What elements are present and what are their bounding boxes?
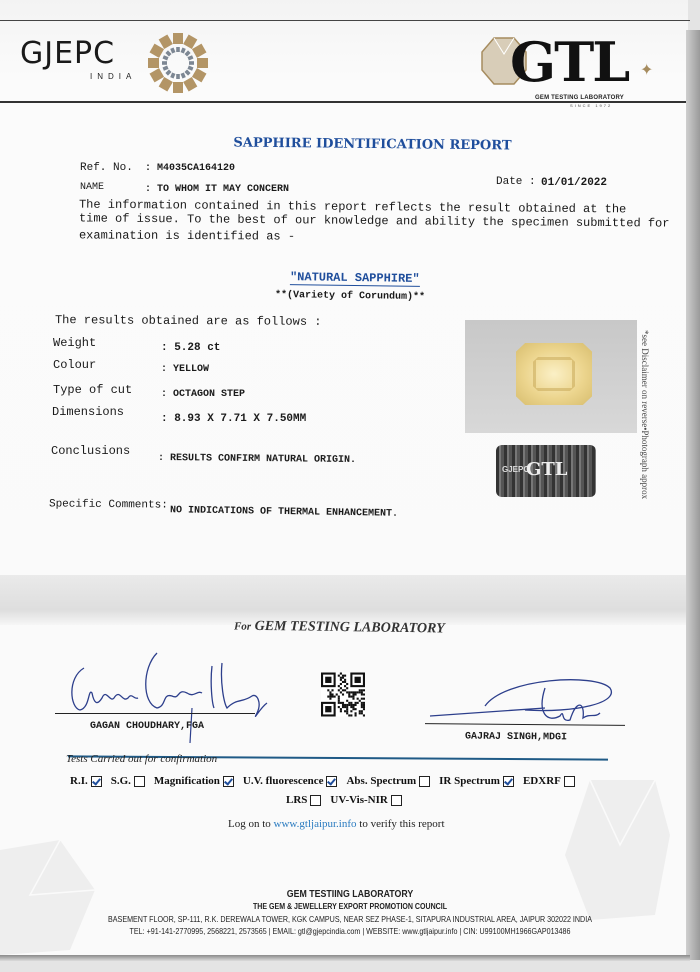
gjepc-wordmark: GJEPC	[20, 36, 115, 71]
qr-code-icon[interactable]	[321, 672, 365, 717]
test-checkbox[interactable]	[419, 776, 430, 787]
date-value: 01/01/2022	[541, 177, 607, 189]
test-checkbox[interactable]	[391, 795, 402, 806]
name-value: : TO WHOM IT MAY CONCERN	[145, 184, 289, 195]
name-label: NAME	[80, 182, 104, 193]
footer-address: BASEMENT FLOOR, SP-111, R.K. DEREWALA TO…	[56, 914, 644, 924]
test-label: Abs. Spectrum	[346, 775, 416, 787]
test-label: U.V. fluorescence	[243, 775, 324, 787]
gjepc-subtitle: INDIA	[90, 72, 136, 81]
test-checkbox[interactable]	[134, 776, 145, 787]
identification-result: "NATURAL SAPPHIRE"	[290, 270, 420, 287]
test-checkbox[interactable]	[310, 795, 321, 806]
for-gem-testing-laboratory: For GEM TESTING LABORATORY	[234, 619, 445, 638]
hologram-gtl-text: GTL	[526, 459, 567, 480]
test-label: Magnification	[154, 775, 220, 787]
test-label: LRS	[286, 794, 307, 806]
gemstone-photo	[465, 320, 637, 433]
test-label: UV-Vis-NIR	[330, 794, 387, 806]
gjepc-logo: GJEPC INDIA	[20, 36, 115, 71]
tests-row-1: R.I.S.G.MagnificationU.V. fluorescenceAb…	[70, 775, 584, 787]
result-value-dimensions: : 8.93 X 7.71 X 7.50MM	[161, 413, 306, 425]
top-rule	[0, 20, 690, 21]
signature-line-left	[55, 713, 255, 714]
paper-bottom-edge	[0, 955, 690, 961]
photo-disclaimer: *see Disclaimer on reverse•Photograph ap…	[640, 330, 650, 499]
verify-suffix: to verify this report	[359, 818, 444, 830]
footer-org: GEM TESTIING LABORATORY	[42, 889, 658, 900]
result-label-weight: Weight	[53, 336, 96, 350]
stone-facet	[533, 357, 575, 391]
gjepc-sunburst-icon	[147, 32, 209, 94]
result-label-colour: Colour	[53, 358, 96, 372]
verify-note: Log on to www.gtljaipur.info to verify t…	[228, 818, 445, 830]
result-value-weight: : 5.28 ct	[161, 342, 220, 354]
sparkle-icon: ✦	[640, 60, 653, 80]
result-value-cut: : OCTAGON STEP	[161, 389, 245, 400]
result-label-cut: Type of cut	[53, 383, 132, 397]
comments-value: NO INDICATIONS OF THERMAL ENHANCEMENT.	[170, 505, 398, 520]
paper-edge	[686, 30, 700, 960]
test-checkbox[interactable]	[91, 776, 102, 787]
test-label: IR Spectrum	[439, 775, 500, 787]
comments-label: Specific Comments:	[49, 498, 168, 511]
conclusions-label: Conclusions	[51, 444, 130, 458]
result-value-colour: : YELLOW	[161, 364, 209, 375]
variety-note: **(Variety of Corundum)**	[275, 290, 425, 303]
intro-line-3: examination is identified as -	[79, 228, 295, 243]
results-intro: The results obtained are as follows :	[55, 313, 322, 329]
test-label: EDXRF	[523, 775, 561, 787]
gtl-wordmark: GTL	[510, 32, 628, 92]
ref-number: : M4035CA164120	[145, 163, 235, 174]
paper-fold-shadow	[0, 575, 690, 625]
report-title: SAPPHIRE IDENTIFICATION REPORT	[0, 133, 700, 156]
header-rule	[0, 101, 690, 103]
signatory-left-name: GAGAN CHOUDHARY,FGA	[90, 721, 204, 732]
test-checkbox[interactable]	[223, 776, 234, 787]
ref-label: Ref. No.	[80, 162, 133, 174]
hologram-sticker: GJEPC GTL	[496, 445, 596, 497]
signature-gajraj-singh	[425, 668, 630, 728]
certificate-page: GJEPC INDIA GTL ✦ GEM TESTING LABORATORY…	[0, 0, 688, 960]
test-checkbox[interactable]	[503, 776, 514, 787]
footer-contact: TEL: +91-141-2770995, 2568221, 2573565 |…	[56, 926, 644, 936]
verify-link[interactable]: www.gtljaipur.info	[274, 818, 357, 830]
tests-title: Tests Carried out for confirmation	[66, 753, 217, 765]
test-label: S.G.	[111, 775, 131, 787]
for-lab-name: GEM TESTING LABORATORY	[255, 619, 445, 637]
signatory-right-name: GAJRAJ SINGH,MDGI	[465, 732, 567, 744]
gtl-logo: GTL ✦ GEM TESTING LABORATORY SINCE 1972	[480, 30, 660, 110]
test-label: R.I.	[70, 775, 88, 787]
for-prefix: For	[234, 621, 251, 633]
gtl-since: SINCE 1972	[570, 103, 612, 108]
footer-council: THE GEM & JEWELLERY EXPORT PROMOTION COU…	[42, 902, 658, 911]
conclusions-value: : RESULTS CONFIRM NATURAL ORIGIN.	[158, 453, 356, 466]
tests-row-2: LRSUV-Vis-NIR	[286, 794, 411, 806]
test-checkbox[interactable]	[326, 776, 337, 787]
verify-prefix: Log on to	[228, 818, 271, 830]
date-label: Date :	[496, 176, 536, 188]
result-label-dimensions: Dimensions	[52, 405, 124, 419]
